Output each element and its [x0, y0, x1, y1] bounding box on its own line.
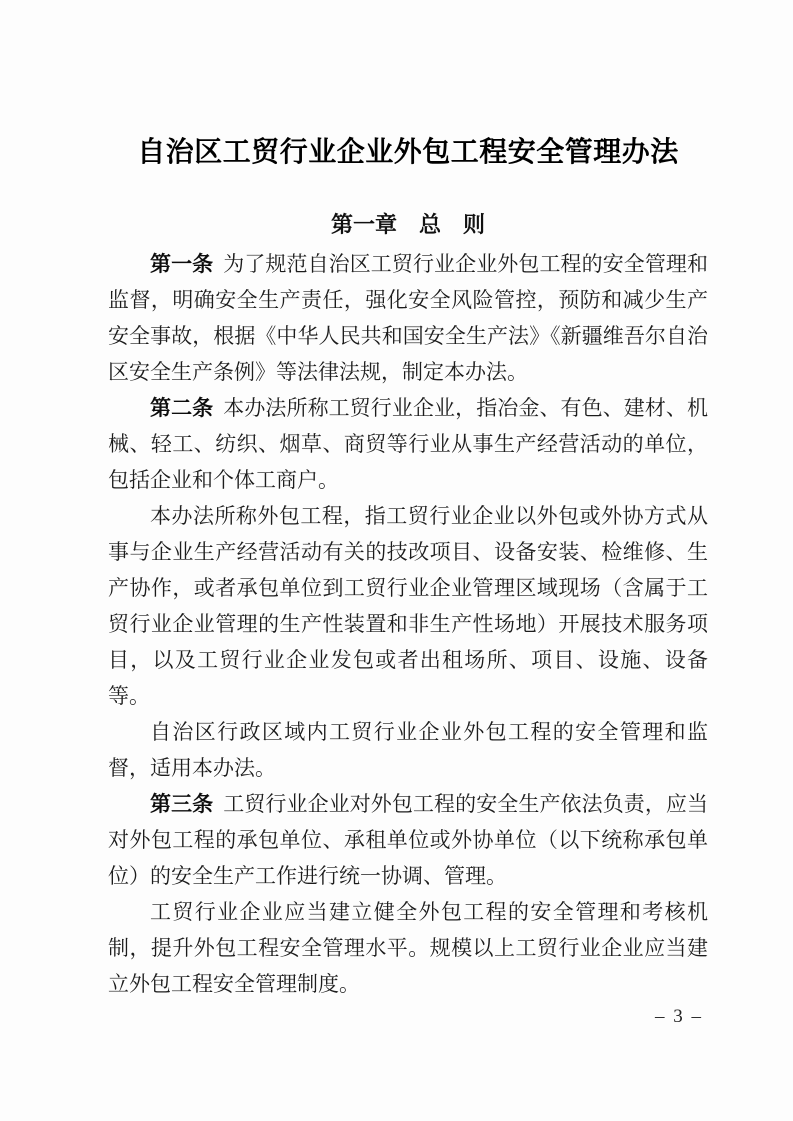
page-number: – 3 –: [655, 1004, 703, 1030]
document-body: 第一条为了规范自治区工贸行业企业外包工程的安全管理和监督，明确安全生产责任，强化…: [108, 246, 708, 1002]
paragraph-text: 工贸行业企业应当建立健全外包工程的安全管理和考核机制，提升外包工程安全管理水平。…: [108, 900, 708, 996]
paragraph: 自治区行政区域内工贸行业企业外包工程的安全管理和监督，适用本办法。: [108, 714, 708, 786]
article-label: 第三条: [150, 792, 213, 816]
paragraph: 本办法所称外包工程，指工贸行业企业以外包或外协方式从事与企业生产经营活动有关的技…: [108, 498, 708, 714]
chapter-heading: 第一章 总 则: [108, 210, 708, 240]
paragraph-text: 自治区行政区域内工贸行业企业外包工程的安全管理和监督，适用本办法。: [108, 720, 708, 780]
paragraph-text: 本办法所称外包工程，指工贸行业企业以外包或外协方式从事与企业生产经营活动有关的技…: [108, 504, 708, 708]
paragraph: 第三条工贸行业企业对外包工程的安全生产依法负责，应当对外包工程的承包单位、承租单…: [108, 786, 708, 894]
article-label: 第一条: [150, 252, 213, 276]
article-label: 第二条: [150, 396, 213, 420]
document-page: 自治区工贸行业企业外包工程安全管理办法 第一章 总 则 第一条为了规范自治区工贸…: [0, 0, 793, 1121]
document-title: 自治区工贸行业企业外包工程安全管理办法: [108, 132, 708, 174]
paragraph: 第二条本办法所称工贸行业企业，指冶金、有色、建材、机械、轻工、纺织、烟草、商贸等…: [108, 390, 708, 498]
paragraph: 工贸行业企业应当建立健全外包工程的安全管理和考核机制，提升外包工程安全管理水平。…: [108, 894, 708, 1002]
paragraph: 第一条为了规范自治区工贸行业企业外包工程的安全管理和监督，明确安全生产责任，强化…: [108, 246, 708, 390]
